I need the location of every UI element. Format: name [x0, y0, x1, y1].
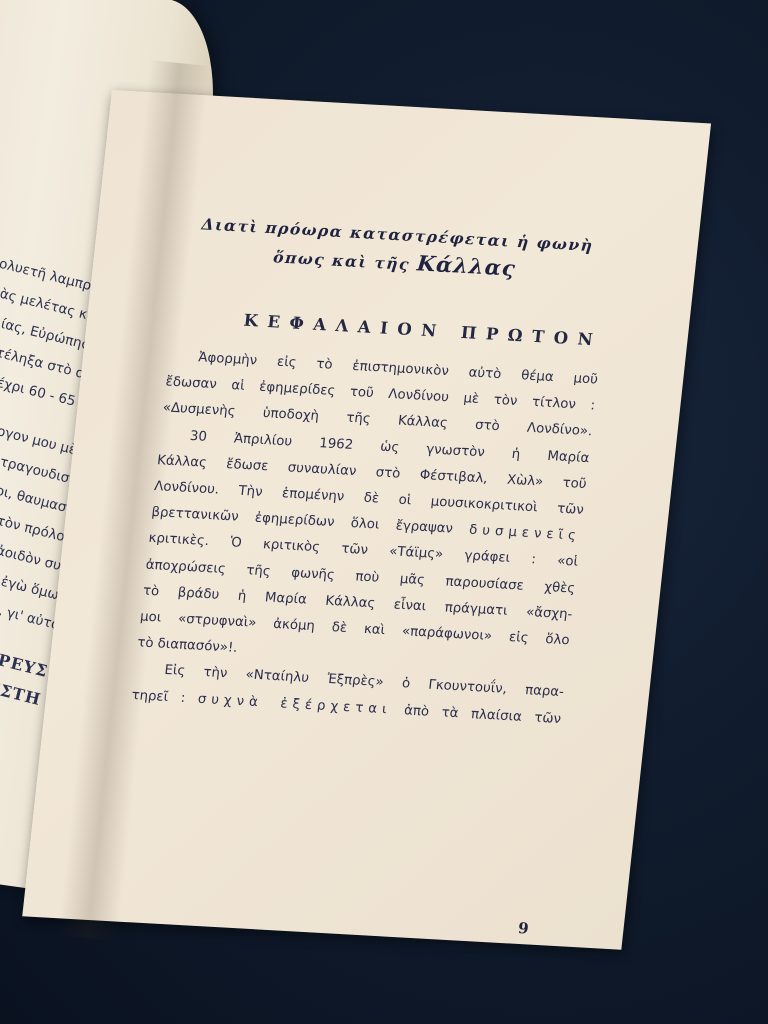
- body-line-part: τηρεῖ :: [131, 688, 186, 706]
- title-line-2-a: ὅπως καὶ τῆς: [272, 247, 418, 274]
- body-text: Ἀφορμὴν εἰς τὸ ἐπιστημονικὸν αὐτὸ θέμα μ…: [130, 344, 599, 733]
- title-callas: Κάλλας: [416, 250, 517, 280]
- page-content: Διατὶ πρόωρα καταστρέφεται ἡ φωνὴ ὅπως κ…: [130, 209, 614, 733]
- chapter-heading: ΚΕΦΑΛΑΙΟΝ ΠΡΩΤΟΝ: [172, 307, 603, 350]
- spaced-word: συχνὰ ἐξέρχεται: [197, 691, 392, 717]
- right-page: Διατὶ πρόωρα καταστρέφεται ἡ φωνὴ ὅπως κ…: [22, 90, 711, 950]
- body-line-part: ἀπὸ τὰ πλαίσια τῶν: [403, 703, 561, 727]
- spaced-word: δυσμενεῖς: [468, 523, 581, 544]
- chapter-title: Διατὶ πρόωρα καταστρέφεται ἡ φωνὴ ὅπως κ…: [178, 209, 613, 289]
- open-book-photo: πολυετῆ λαμπρὰν στα- νικὰς μελέτας καὶ τ…: [0, 0, 768, 1024]
- page-number: 9: [517, 919, 529, 938]
